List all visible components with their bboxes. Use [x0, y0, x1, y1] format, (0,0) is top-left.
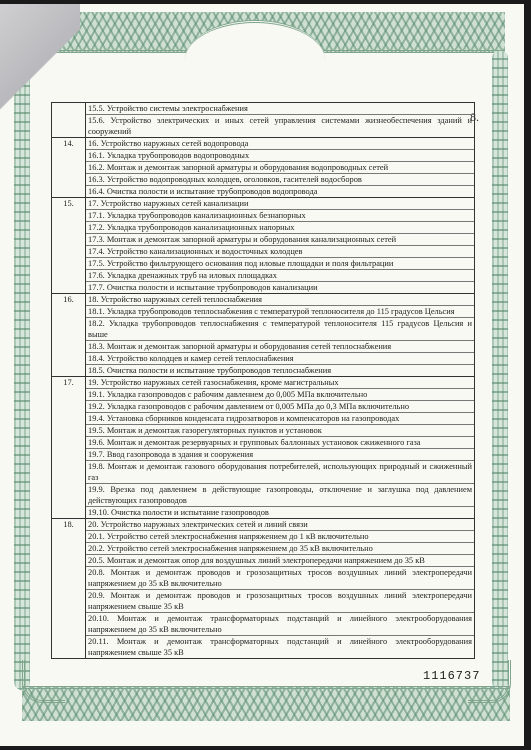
list-item: 17.7. Очистка полости и испытание трубоп…: [86, 282, 474, 293]
list-item: 18.1. Укладка трубопроводов теплоснабжен…: [86, 306, 474, 318]
activities-table-body: 15.5. Устройство системы электроснабжени…: [52, 103, 475, 659]
list-item: 19.6. Монтаж и демонтаж резервуарных и г…: [86, 437, 474, 449]
ornamental-border-left: [14, 50, 30, 690]
list-item: 19.8. Монтаж и демонтаж газового оборудо…: [86, 461, 474, 484]
list-item: 16.3. Устройство водопроводных колодцев,…: [86, 174, 474, 186]
list-item: 16. Устройство наружных сетей водопровод…: [86, 138, 474, 150]
serial-number: 1116737: [423, 669, 480, 683]
list-item: 19.2. Укладка газопроводов с рабочим дав…: [86, 401, 474, 413]
list-item: 16.1. Укладка трубопроводов водопроводны…: [86, 150, 474, 162]
list-item: 18.3. Монтаж и демонтаж запорной арматур…: [86, 341, 474, 353]
list-item: 17. Устройство наружных сетей канализаци…: [86, 198, 474, 210]
section-items: 20. Устройство наружных электрических се…: [86, 519, 475, 659]
list-item: 20.8. Монтаж и демонтаж проводов и грозо…: [86, 567, 474, 590]
section-number: 14.: [52, 138, 86, 198]
list-item: 15.6. Устройство электрических и иных се…: [86, 115, 474, 137]
list-item: 18. Устройство наружных сетей теплоснабж…: [86, 294, 474, 306]
list-item: 19.4. Установка сборников конденсата гид…: [86, 413, 474, 425]
list-item: 17.5. Устройство фильтрующего основания …: [86, 258, 474, 270]
activities-table: 15.5. Устройство системы электроснабжени…: [51, 102, 475, 659]
list-item: 20. Устройство наружных электрических се…: [86, 519, 474, 531]
section-items: 17. Устройство наружных сетей канализаци…: [86, 198, 475, 294]
table-row: 18.20. Устройство наружных электрических…: [52, 519, 475, 659]
table-row: 15.17. Устройство наружных сетей канализ…: [52, 198, 475, 294]
list-item: 17.1. Укладка трубопроводов канализацион…: [86, 210, 474, 222]
list-item: 19.5. Монтаж и демонтаж газорегуляторных…: [86, 425, 474, 437]
list-item: 16.2. Монтаж и демонтаж запорной арматур…: [86, 162, 474, 174]
list-item: 20.9. Монтаж и демонтаж проводов и грозо…: [86, 590, 474, 613]
ornamental-corner-bottom-left: [22, 660, 65, 703]
section-items: 19. Устройство наружных сетей газоснабже…: [86, 377, 475, 519]
list-item: 19.7. Ввод газопровода в здания и сооруж…: [86, 449, 474, 461]
list-item: 17.6. Укладка дренажных труб на иловых п…: [86, 270, 474, 282]
list-item: 20.11. Монтаж и демонтаж трансформаторны…: [86, 636, 474, 658]
list-item: 16.4. Очистка полости и испытание трубоп…: [86, 186, 474, 197]
list-item: 18.4. Устройство колодцев и камер сетей …: [86, 353, 474, 365]
list-item: 20.10. Монтаж и демонтаж трансформаторны…: [86, 613, 474, 636]
list-item: 19.9. Врезка под давлением в действующие…: [86, 484, 474, 507]
list-item: 19.1. Укладка газопроводов с рабочим дав…: [86, 389, 474, 401]
list-item: 15.5. Устройство системы электроснабжени…: [86, 103, 474, 115]
table-row: 17.19. Устройство наружных сетей газосна…: [52, 377, 475, 519]
section-number: 15.: [52, 198, 86, 294]
section-number: 17.: [52, 377, 86, 519]
table-row: 15.5. Устройство системы электроснабжени…: [52, 103, 475, 138]
list-item: 20.2. Устройство сетей электроснабжения …: [86, 543, 474, 555]
section-items: 15.5. Устройство системы электроснабжени…: [86, 103, 475, 138]
section-items: 16. Устройство наружных сетей водопровод…: [86, 138, 475, 198]
list-item: 17.3. Монтаж и демонтаж запорной арматур…: [86, 234, 474, 246]
list-item: 17.2. Укладка трубопроводов канализацион…: [86, 222, 474, 234]
ornamental-border-right: [492, 50, 508, 690]
section-number: 16.: [52, 294, 86, 377]
table-row: 14.16. Устройство наружных сетей водопро…: [52, 138, 475, 198]
list-item: 17.4. Устройство канализационных и водос…: [86, 246, 474, 258]
list-item: 20.1. Устройство сетей электроснабжения …: [86, 531, 474, 543]
section-items: 18. Устройство наружных сетей теплоснабж…: [86, 294, 475, 377]
list-item: 20.5. Монтаж и демонтаж опор для воздушн…: [86, 555, 474, 567]
list-item: 18.5. Очистка полости и испытание трубоп…: [86, 365, 474, 376]
list-item: 18.2. Укладка трубопроводов теплоснабжен…: [86, 318, 474, 341]
list-item: 19. Устройство наружных сетей газоснабже…: [86, 377, 474, 389]
folded-corner: [0, 4, 80, 114]
section-number: 18.: [52, 519, 86, 659]
ornamental-border-bottom: [22, 686, 510, 721]
list-item: 19.10. Очистка полости и испытание газоп…: [86, 507, 474, 518]
table-row: 16.18. Устройство наружных сетей теплосн…: [52, 294, 475, 377]
